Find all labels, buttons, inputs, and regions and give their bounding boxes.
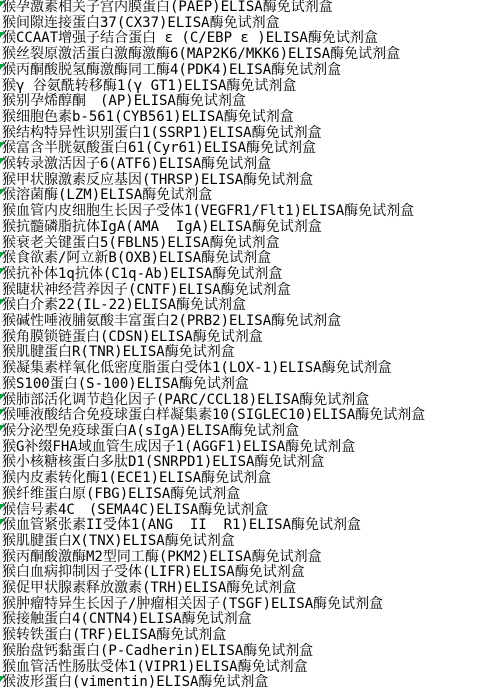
- list-item[interactable]: 猴富含半胱氨酸蛋白61(Cyr61)ELISA酶免试剂盒: [0, 141, 478, 157]
- list-item[interactable]: 猴分泌型免疫球蛋白A(sIgA)ELISA酶免试剂盒: [0, 424, 478, 440]
- list-item[interactable]: 猴内皮素转化酶1(ECE1)ELISA酶免试剂盒: [0, 471, 478, 487]
- product-name: 猴小核糖核蛋白多肽D1(SNRPD1)ELISA酶免试剂盒: [2, 454, 324, 470]
- list-item[interactable]: 猴小核糖核蛋白多肽D1(SNRPD1)ELISA酶免试剂盒: [0, 455, 478, 471]
- green-marker-icon: [0, 158, 5, 164]
- list-item[interactable]: 猴丙酮酸脱氢酶激酶同工酶4(PDK4)ELISA酶免试剂盒: [0, 63, 478, 79]
- product-name: 猴分泌型免疫球蛋白A(sIgA)ELISA酶免试剂盒: [2, 423, 299, 439]
- green-marker-icon: [0, 409, 5, 415]
- product-name: 猴抗髓磷脂抗体IgA(AMA IgA)ELISA酶免试剂盒: [2, 219, 322, 235]
- green-marker-icon: [0, 676, 5, 682]
- list-item[interactable]: 猴血管内皮细胞生长因子受体1(VEGFR1/Flt1)ELISA酶免试剂盒: [0, 204, 478, 220]
- list-item[interactable]: 猴γ 谷氨酰转移酶1(γ GT1)ELISA酶免试剂盒: [0, 79, 478, 95]
- product-name: 猴丙酮酸脱氢酶激酶同工酶4(PDK4)ELISA酶免试剂盒: [2, 62, 341, 78]
- product-name: 猴间隙连接蛋白37(CX37)ELISA酶免试剂盒: [2, 15, 280, 31]
- list-item[interactable]: 猴转录激活因子6(ATF6)ELISA酶免试剂盒: [0, 157, 478, 173]
- product-name: 猴转录激活因子6(ATF6)ELISA酶免试剂盒: [2, 156, 271, 172]
- list-item[interactable]: 猴波形蛋白(vimentin)ELISA酶免试剂盒: [0, 675, 478, 691]
- green-marker-icon: [0, 425, 5, 431]
- list-item[interactable]: 猴溶菌酶(LZM)ELISA酶免试剂盒: [0, 188, 478, 204]
- product-name: 猴白血病抑制因子受体(LIFR)ELISA酶免试剂盒: [2, 564, 305, 580]
- product-name: 猴血管活性肠肽受体1(VIPR1)ELISA酶免试剂盒: [2, 659, 308, 675]
- green-marker-icon: [0, 252, 5, 258]
- product-name: 猴结构特异性识别蛋白1(SSRP1)ELISA酶免试剂盒: [2, 125, 322, 141]
- list-item[interactable]: 猴肌腱蛋白R(TNR)ELISA酶免试剂盒: [0, 345, 478, 361]
- list-item[interactable]: 猴S100蛋白(S-100)ELISA酶免试剂盒: [0, 377, 478, 393]
- list-item[interactable]: 猴促甲状腺素释放激素(TRH)ELISA酶免试剂盒: [0, 581, 478, 597]
- product-list: 猴孕激素相关子宫内膜蛋白(PAEP)ELISA酶免试剂盒猴间隙连接蛋白37(CX…: [0, 0, 478, 691]
- product-name: 猴丙酮酸激酶M2型同工酶(PKM2)ELISA酶免试剂盒: [2, 549, 322, 565]
- product-name: 猴CCAAT增强子结合蛋白 ε (C/EBP ε )ELISA酶免试剂盒: [2, 30, 378, 46]
- product-name: 猴胎盘钙黏蛋白(P-Cadherin)ELISA酶免试剂盒: [2, 643, 313, 659]
- list-item[interactable]: 猴信号素4C (SEMA4C)ELISA酶免试剂盒: [0, 503, 478, 519]
- product-name: 猴血管紧张素II受体1(ANG II R1)ELISA酶免试剂盒: [2, 517, 361, 533]
- product-name: 猴接触蛋白4(CNTN4)ELISA酶免试剂盒: [2, 611, 252, 627]
- list-item[interactable]: 猴衰老关键蛋白5(FBLN5)ELISA酶免试剂盒: [0, 236, 478, 252]
- list-item[interactable]: 猴胎盘钙黏蛋白(P-Cadherin)ELISA酶免试剂盒: [0, 644, 478, 660]
- green-marker-icon: [0, 394, 5, 400]
- list-item[interactable]: 猴抗髓磷脂抗体IgA(AMA IgA)ELISA酶免试剂盒: [0, 220, 478, 236]
- list-item[interactable]: 猴丙酮酸激酶M2型同工酶(PKM2)ELISA酶免试剂盒: [0, 550, 478, 566]
- product-name: 猴孕激素相关子宫内膜蛋白(PAEP)ELISA酶免试剂盒: [2, 0, 333, 15]
- list-item[interactable]: 猴肺部活化调节趋化因子(PARC/CCL18)ELISA酶免试剂盒: [0, 393, 478, 409]
- list-item[interactable]: 猴纤维蛋白原(FBG)ELISA酶免试剂盒: [0, 487, 478, 503]
- product-name: 猴别孕烯醇酮 (AP)ELISA酶免试剂盒: [2, 93, 246, 109]
- list-item[interactable]: 猴凝集素样氧化低密度脂蛋白受体1(LOX-1)ELISA酶免试剂盒: [0, 361, 478, 377]
- list-item[interactable]: 猴白血病抑制因子受体(LIFR)ELISA酶免试剂盒: [0, 565, 478, 581]
- product-name: 猴碱性唾液脯氨酸丰富蛋白2(PRB2)ELISA酶免试剂盒: [2, 313, 341, 329]
- list-item[interactable]: 猴睫状神经营养因子(CNTF)ELISA酶免试剂盒: [0, 283, 478, 299]
- list-item[interactable]: 猴角膜锁链蛋白(CDSN)ELISA酶免试剂盒: [0, 330, 478, 346]
- product-name: 猴富含半胱氨酸蛋白61(Cyr61)ELISA酶免试剂盒: [2, 140, 316, 156]
- list-item[interactable]: 猴别孕烯醇酮 (AP)ELISA酶免试剂盒: [0, 94, 478, 110]
- product-name: 猴角膜锁链蛋白(CDSN)ELISA酶免试剂盒: [2, 329, 263, 345]
- product-name: 猴食欲素/阿立新B(OXB)ELISA酶免试剂盒: [2, 250, 271, 266]
- list-item[interactable]: 猴唾液酸结合免疫球蛋白样凝集素10(SIGLEC10)ELISA酶免试剂盒: [0, 408, 478, 424]
- list-item[interactable]: 猴白介素22(IL-22)ELISA酶免试剂盒: [0, 298, 478, 314]
- product-name: 猴丝裂原激活蛋白激酶激酶6(MAP2K6/MKK6)ELISA酶免试剂盒: [2, 46, 400, 62]
- product-name: 猴肿瘤特异生长因子/肿瘤相关因子(TSGF)ELISA酶免试剂盒: [2, 596, 383, 612]
- product-name: 猴转铁蛋白(TRF)ELISA酶免试剂盒: [2, 627, 226, 643]
- product-name: 猴唾液酸结合免疫球蛋白样凝集素10(SIGLEC10)ELISA酶免试剂盒: [2, 407, 425, 423]
- product-name: 猴波形蛋白(vimentin)ELISA酶免试剂盒: [2, 674, 268, 690]
- green-marker-icon: [0, 299, 5, 305]
- green-marker-icon: [0, 189, 5, 195]
- product-name: 猴睫状神经营养因子(CNTF)ELISA酶免试剂盒: [2, 282, 291, 298]
- list-item[interactable]: 猴肌腱蛋白X(TNX)ELISA酶免试剂盒: [0, 534, 478, 550]
- green-marker-icon: [0, 1, 5, 7]
- product-name: 猴肺部活化调节趋化因子(PARC/CCL18)ELISA酶免试剂盒: [2, 392, 369, 408]
- list-item[interactable]: 猴CCAAT增强子结合蛋白 ε (C/EBP ε )ELISA酶免试剂盒: [0, 31, 478, 47]
- list-item[interactable]: 猴丝裂原激活蛋白激酶激酶6(MAP2K6/MKK6)ELISA酶免试剂盒: [0, 47, 478, 63]
- list-item[interactable]: 猴接触蛋白4(CNTN4)ELISA酶免试剂盒: [0, 612, 478, 628]
- list-item[interactable]: 猴细胞色素b-561(CYB561)ELISA酶免试剂盒: [0, 110, 478, 126]
- green-marker-icon: [0, 64, 5, 70]
- product-name: 猴信号素4C (SEMA4C)ELISA酶免试剂盒: [2, 502, 268, 518]
- list-item[interactable]: 猴结构特异性识别蛋白1(SSRP1)ELISA酶免试剂盒: [0, 126, 478, 142]
- product-name: 猴白介素22(IL-22)ELISA酶免试剂盒: [2, 297, 246, 313]
- list-item[interactable]: 猴食欲素/阿立新B(OXB)ELISA酶免试剂盒: [0, 251, 478, 267]
- product-name: 猴溶菌酶(LZM)ELISA酶免试剂盒: [2, 187, 212, 203]
- product-name: 猴抗补体1q抗体(C1q-Ab)ELISA酶免试剂盒: [2, 266, 282, 282]
- green-marker-icon: [0, 519, 5, 525]
- product-name: 猴肌腱蛋白X(TNX)ELISA酶免试剂盒: [2, 533, 235, 549]
- list-item[interactable]: 猴血管紧张素II受体1(ANG II R1)ELISA酶免试剂盒: [0, 518, 478, 534]
- list-item[interactable]: 猴血管活性肠肽受体1(VIPR1)ELISA酶免试剂盒: [0, 660, 478, 676]
- product-name: 猴内皮素转化酶1(ECE1)ELISA酶免试剂盒: [2, 470, 271, 486]
- green-marker-icon: [0, 504, 5, 510]
- product-name: 猴衰老关键蛋白5(FBLN5)ELISA酶免试剂盒: [2, 235, 280, 251]
- product-name: 猴肌腱蛋白R(TNR)ELISA酶免试剂盒: [2, 344, 235, 360]
- green-marker-icon: [0, 142, 5, 148]
- list-item[interactable]: 猴抗补体1q抗体(C1q-Ab)ELISA酶免试剂盒: [0, 267, 478, 283]
- product-name: 猴G补缀FHA域血管生成因子1(AGGF1)ELISA酶免试剂盒: [2, 439, 355, 455]
- green-marker-icon: [0, 268, 5, 274]
- product-name: 猴纤维蛋白原(FBG)ELISA酶免试剂盒: [2, 486, 240, 502]
- product-name: 猴血管内皮细胞生长因子受体1(VEGFR1/Flt1)ELISA酶免试剂盒: [2, 203, 414, 219]
- product-name: 猴细胞色素b-561(CYB561)ELISA酶免试剂盒: [2, 109, 294, 125]
- list-item[interactable]: 猴转铁蛋白(TRF)ELISA酶免试剂盒: [0, 628, 478, 644]
- list-item[interactable]: 猴孕激素相关子宫内膜蛋白(PAEP)ELISA酶免试剂盒: [0, 0, 478, 16]
- product-name: 猴γ 谷氨酰转移酶1(γ GT1)ELISA酶免试剂盒: [2, 78, 296, 94]
- product-name: 猴甲状腺激素反应基因(THRSP)ELISA酶免试剂盒: [2, 172, 313, 188]
- product-name: 猴凝集素样氧化低密度脂蛋白受体1(LOX-1)ELISA酶免试剂盒: [2, 360, 392, 376]
- list-item[interactable]: 猴碱性唾液脯氨酸丰富蛋白2(PRB2)ELISA酶免试剂盒: [0, 314, 478, 330]
- product-name: 猴S100蛋白(S-100)ELISA酶免试剂盒: [2, 376, 249, 392]
- green-marker-icon: [0, 32, 5, 38]
- product-name: 猴促甲状腺素释放激素(TRH)ELISA酶免试剂盒: [2, 580, 296, 596]
